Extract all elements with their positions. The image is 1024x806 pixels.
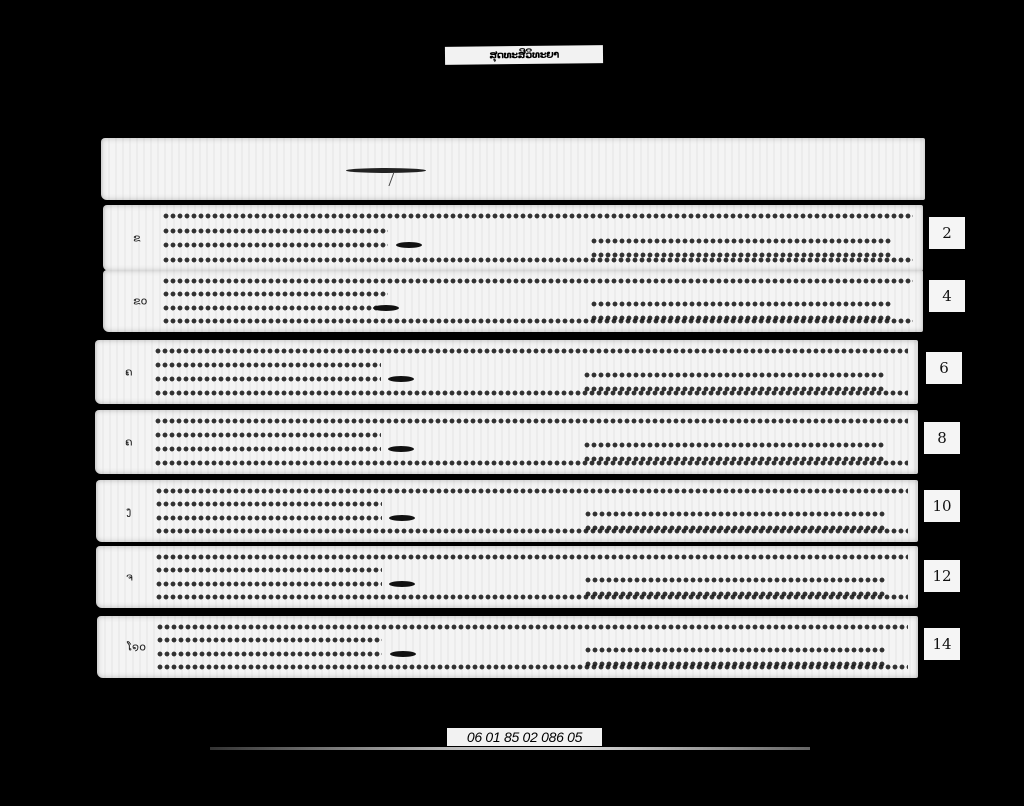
page-number-tag: 8 — [924, 422, 960, 454]
page-number-tag: 10 — [924, 490, 960, 522]
manuscript-leaf: ຄ — [95, 340, 918, 404]
manuscript-title-label: ສຸດທະສີວິທະຍາ — [445, 45, 603, 65]
string-hole — [388, 376, 414, 382]
string-hole — [389, 581, 415, 587]
folio-number: ຂ — [133, 232, 141, 245]
string-hole — [396, 242, 422, 248]
film-edge — [210, 747, 810, 750]
folio-number: ຄ — [125, 366, 133, 379]
page-number-tag: 12 — [924, 560, 960, 592]
manuscript-leaf: ໂ໑໐ — [97, 616, 918, 678]
microfilm-id-label: 06 01 85 02 086 05 — [447, 728, 602, 746]
ink-smudge — [346, 168, 426, 173]
page-number-tag: 6 — [926, 352, 962, 384]
manuscript-leaf: ຂ໐ — [103, 270, 923, 332]
string-hole — [390, 651, 416, 657]
leaf-crack — [388, 172, 408, 186]
folio-number: ຂ໐ — [133, 295, 148, 308]
manuscript-leaf: ຄ — [95, 410, 918, 474]
folio-number: ຄ — [125, 436, 133, 449]
folio-number: ຈ — [126, 571, 133, 584]
page-number-tag: 14 — [924, 628, 960, 660]
string-hole — [388, 446, 414, 452]
string-hole — [389, 515, 415, 521]
page-number-tag: 2 — [929, 217, 965, 249]
manuscript-leaf: ຂ — [103, 205, 923, 271]
folio-number: ໂ໑໐ — [127, 641, 146, 654]
manuscript-leaf-cover — [101, 138, 925, 200]
manuscript-leaf: ຈ — [96, 546, 918, 608]
page-number-tag: 4 — [929, 280, 965, 312]
manuscript-leaf: ງ — [96, 480, 918, 542]
folio-number: ງ — [126, 505, 131, 518]
string-hole — [373, 305, 399, 311]
